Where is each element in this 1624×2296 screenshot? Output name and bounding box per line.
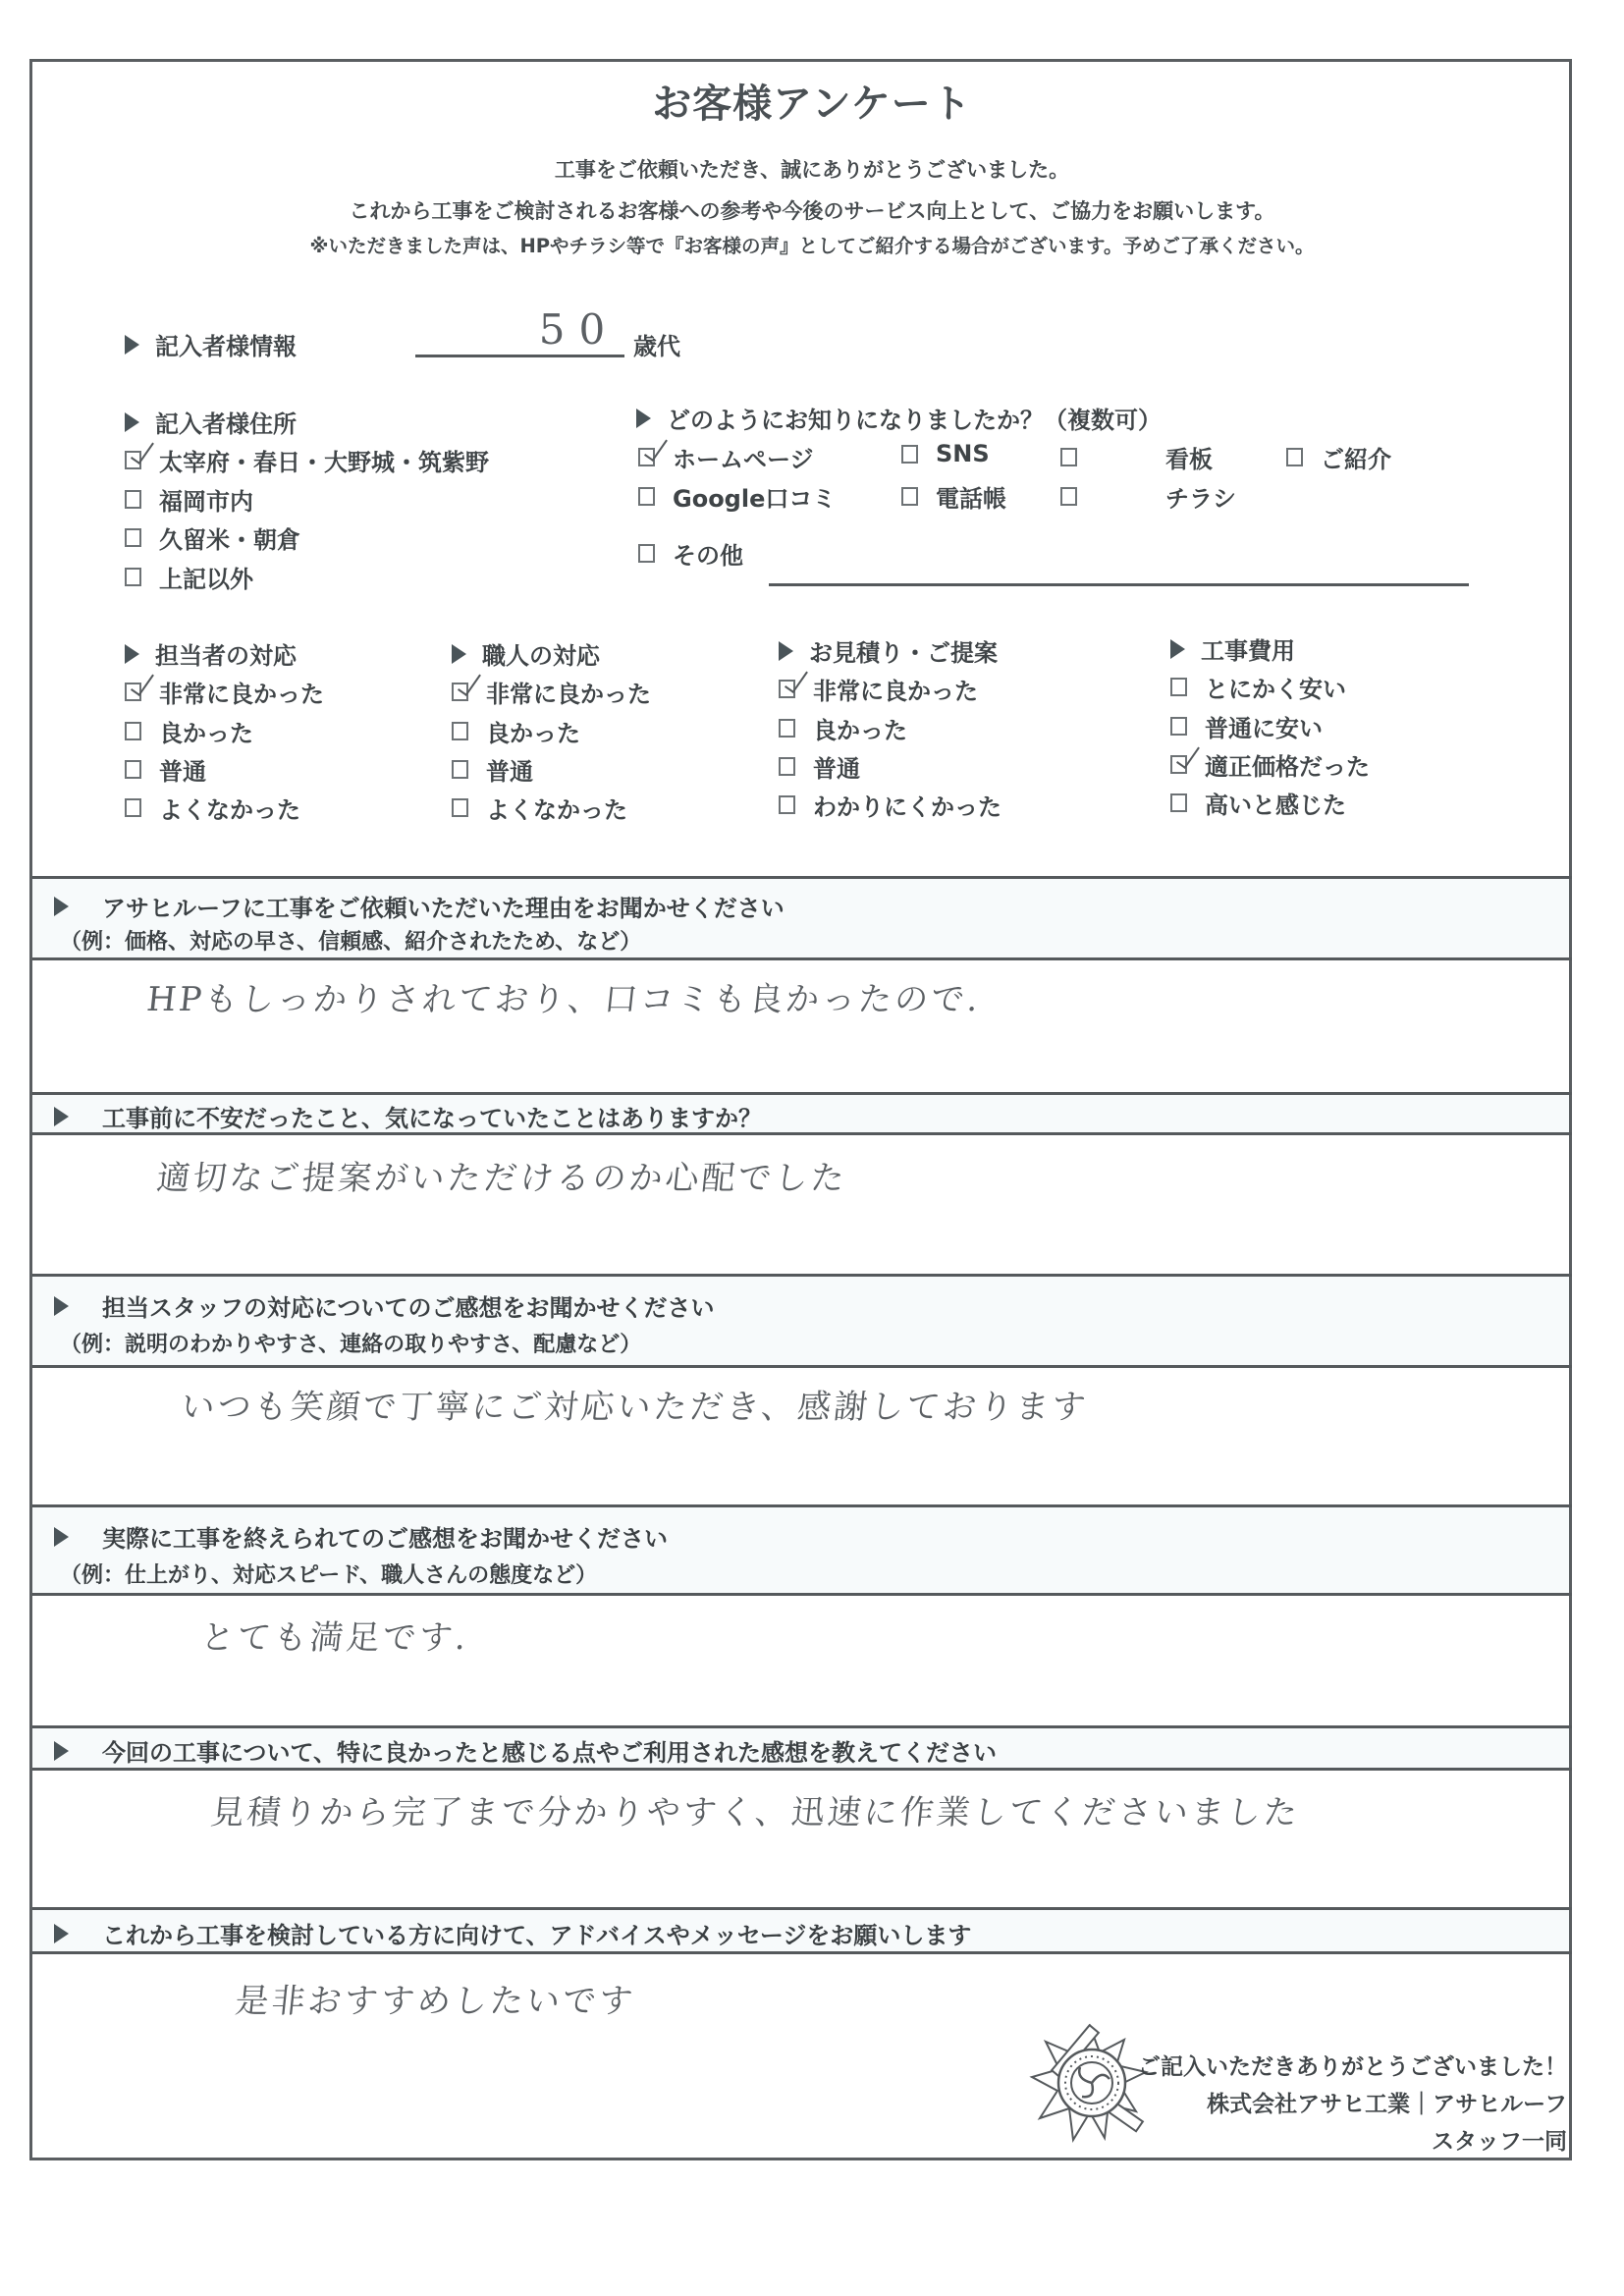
rating-estimate-option[interactable]: 非常に良かった xyxy=(779,672,978,706)
divider xyxy=(32,957,1572,960)
question-3-example: （例：説明のわかりやすさ、連絡の取りやすさ、配慮など） xyxy=(60,1328,641,1358)
question-5-answer[interactable]: 見積りから完了まで分かりやすく、迅速に作業してくださいました xyxy=(208,1785,1302,1833)
divider xyxy=(32,1274,1572,1277)
checkbox[interactable] xyxy=(452,760,468,779)
checkbox[interactable] xyxy=(125,722,141,740)
checkbox[interactable] xyxy=(1170,678,1187,696)
footer-staff: スタッフ一同 xyxy=(1432,2123,1567,2156)
question-1-answer[interactable]: HPもしっかりされており、口コミも良かったので. xyxy=(144,972,983,1020)
checkbox-checked[interactable] xyxy=(1170,755,1187,774)
rating-craftsman-option[interactable]: 普通 xyxy=(452,752,533,787)
rating-craftsman-label: 職人の対応 xyxy=(452,636,600,671)
triangle-bullet-icon xyxy=(54,1527,69,1547)
divider xyxy=(32,1768,1572,1771)
rating-craftsman-option[interactable]: よくなかった xyxy=(452,791,627,825)
rating-estimate-label: お見積り・ご提案 xyxy=(779,633,998,668)
checkbox[interactable] xyxy=(779,757,795,776)
page-title: お客様アンケート xyxy=(0,73,1624,129)
age-field[interactable]: 50 xyxy=(415,309,624,357)
divider xyxy=(32,1725,1572,1728)
divider xyxy=(32,1593,1572,1596)
checkbox-checked[interactable] xyxy=(125,451,141,469)
checkbox-checked[interactable] xyxy=(638,448,655,466)
divider xyxy=(32,1132,1572,1135)
checkbox[interactable] xyxy=(1060,487,1077,506)
triangle-bullet-icon xyxy=(54,1296,69,1316)
company-logo xyxy=(1026,2018,1154,2146)
referral-option-other[interactable]: その他 xyxy=(638,536,743,571)
rating-staff-label: 担当者の対応 xyxy=(125,636,297,671)
question-4-example: （例：仕上がり、対応スピード、職人さんの態度など） xyxy=(60,1558,597,1589)
rating-staff-option[interactable]: 普通 xyxy=(125,752,206,787)
address-option-dazaifu[interactable]: 太宰府・春日・大野城・筑紫野 xyxy=(125,443,489,477)
address-option-other[interactable]: 上記以外 xyxy=(125,560,253,594)
triangle-bullet-icon xyxy=(636,409,651,428)
divider xyxy=(32,1951,1572,1954)
rating-staff-option[interactable]: 良かった xyxy=(125,714,253,748)
checkbox[interactable] xyxy=(638,544,655,563)
question-6-title: これから工事を検討している方に向けて、アドバイスやメッセージをお願いします xyxy=(54,1916,971,1950)
triangle-bullet-icon xyxy=(125,412,139,432)
referral-other-input[interactable] xyxy=(769,583,1469,586)
checkbox[interactable] xyxy=(452,722,468,740)
rating-cost-option[interactable]: 高いと感じた xyxy=(1170,786,1346,820)
question-1-header: アサヒルーフに工事をご依頼いただいた理由をお聞かせください （例：価格、対応の早… xyxy=(32,877,1569,958)
triangle-bullet-icon xyxy=(54,1741,69,1761)
divider xyxy=(32,876,1572,879)
triangle-bullet-icon xyxy=(54,1107,69,1126)
question-3-title: 担当スタッフの対応についてのご感想をお聞かせください xyxy=(54,1288,715,1323)
triangle-bullet-icon xyxy=(1170,639,1185,659)
checkbox[interactable] xyxy=(779,795,795,814)
referral-option-homepage[interactable]: ホームページ xyxy=(638,440,814,474)
divider xyxy=(32,1092,1572,1095)
checkbox[interactable] xyxy=(125,760,141,779)
asahi-roof-logo-icon xyxy=(1026,2018,1154,2146)
triangle-bullet-icon xyxy=(54,897,69,916)
address-option-kurume[interactable]: 久留米・朝倉 xyxy=(125,520,300,555)
referral-option-phonebook[interactable]: 電話帳 xyxy=(901,479,1006,514)
rating-estimate-option[interactable]: 良かった xyxy=(779,711,907,745)
referral-option-google[interactable]: Google口コミ xyxy=(638,479,836,514)
question-5-title: 今回の工事について、特に良かったと感じる点やご利用された感想を教えてください xyxy=(54,1733,997,1768)
question-4-answer[interactable]: とても満足です. xyxy=(198,1611,471,1659)
checkbox[interactable] xyxy=(1170,793,1187,812)
question-1-title: アサヒルーフに工事をご依頼いただいた理由をお聞かせください xyxy=(54,889,785,923)
intro-line-2: これから工事をご検討されるお客様への参考や今後のサービス向上として、ご協力をお願… xyxy=(0,195,1624,225)
footer-company: 株式会社アサヒ工業｜アサヒルーフ xyxy=(1207,2086,1567,2118)
checkbox-checked[interactable] xyxy=(452,683,468,701)
triangle-bullet-icon xyxy=(125,335,139,355)
question-1-example: （例：価格、対応の早さ、信頼感、紹介されたため、など） xyxy=(60,925,641,956)
checkbox-checked[interactable] xyxy=(125,683,141,701)
question-5-header: 今回の工事について、特に良かったと感じる点やご利用された感想を教えてください xyxy=(32,1726,1569,1768)
question-3-header: 担当スタッフの対応についてのご感想をお聞かせください （例：説明のわかりやすさ、… xyxy=(32,1275,1569,1365)
triangle-bullet-icon xyxy=(452,644,466,664)
referral-option-signboard[interactable]: 看板 xyxy=(1060,440,1213,474)
checkbox[interactable] xyxy=(125,798,141,817)
question-2-answer[interactable]: 適切なご提案がいただけるのか心配でした xyxy=(154,1151,849,1199)
checkbox[interactable] xyxy=(125,490,141,509)
rating-estimate-option[interactable]: わかりにくかった xyxy=(779,788,1001,822)
checkbox[interactable] xyxy=(125,568,141,586)
rating-staff-option[interactable]: よくなかった xyxy=(125,791,300,825)
question-2-header: 工事前に不安だったこと、気になっていたことはありますか？ xyxy=(32,1093,1569,1132)
address-option-fukuoka[interactable]: 福岡市内 xyxy=(125,482,253,517)
checkbox[interactable] xyxy=(901,445,918,464)
triangle-bullet-icon xyxy=(779,641,793,661)
question-4-title: 実際に工事を終えられてのご感想をお聞かせください xyxy=(54,1519,668,1554)
checkbox-checked[interactable] xyxy=(779,680,795,698)
rating-estimate-option[interactable]: 普通 xyxy=(779,749,860,784)
rating-cost-option[interactable]: とにかく安い xyxy=(1170,670,1346,704)
triangle-bullet-icon xyxy=(125,644,139,664)
divider xyxy=(32,1365,1572,1368)
checkbox[interactable] xyxy=(1060,448,1077,466)
referral-label: どのようにお知りになりましたか？（複数可） xyxy=(636,401,1162,435)
divider xyxy=(32,1907,1572,1910)
address-label: 記入者様住所 xyxy=(125,405,297,439)
intro-line-1: 工事をご依頼いただき、誠にありがとうございました。 xyxy=(0,154,1624,184)
checkbox[interactable] xyxy=(779,719,795,738)
question-4-header: 実際に工事を終えられてのご感想をお聞かせください （例：仕上がり、対応スピード、… xyxy=(32,1505,1569,1594)
referral-option-introduction[interactable]: ご紹介 xyxy=(1286,440,1391,474)
age-suffix: 歳代 xyxy=(633,327,680,361)
question-2-title: 工事前に不安だったこと、気になっていたことはありますか？ xyxy=(54,1099,762,1133)
rating-cost-label: 工事費用 xyxy=(1170,631,1295,666)
footer-thanks: ご記入いただきありがとうございました！ xyxy=(1138,2049,1567,2081)
referral-option-sns[interactable]: SNS xyxy=(901,440,990,467)
age-value: 50 xyxy=(539,305,619,354)
triangle-bullet-icon xyxy=(54,1924,69,1943)
rating-craftsman-option[interactable]: 非常に良かった xyxy=(452,675,651,709)
referral-option-flyer[interactable]: チラシ xyxy=(1060,479,1236,514)
rating-cost-option[interactable]: 普通に安い xyxy=(1170,709,1323,743)
checkbox[interactable] xyxy=(1286,448,1303,466)
checkbox[interactable] xyxy=(901,487,918,506)
question-3-answer[interactable]: いつも笑顔で丁寧にご対応いただき、感謝しております xyxy=(179,1380,1091,1428)
checkbox[interactable] xyxy=(638,487,655,506)
rating-cost-option[interactable]: 適正価格だった xyxy=(1170,747,1370,782)
checkbox[interactable] xyxy=(125,528,141,547)
intro-line-3: ※いただきました声は、HPやチラシ等で『お客様の声』としてご紹介する場合がござい… xyxy=(0,231,1624,258)
respondent-info-label: 記入者様情報 xyxy=(125,327,297,361)
question-6-header: これから工事を検討している方に向けて、アドバイスやメッセージをお願いします xyxy=(32,1908,1569,1951)
rating-staff-option[interactable]: 非常に良かった xyxy=(125,675,324,709)
checkbox[interactable] xyxy=(1170,717,1187,736)
divider xyxy=(32,1504,1572,1507)
question-6-answer[interactable]: 是非おすすめしたいです xyxy=(233,1974,637,2022)
checkbox[interactable] xyxy=(452,798,468,817)
rating-craftsman-option[interactable]: 良かった xyxy=(452,714,580,748)
